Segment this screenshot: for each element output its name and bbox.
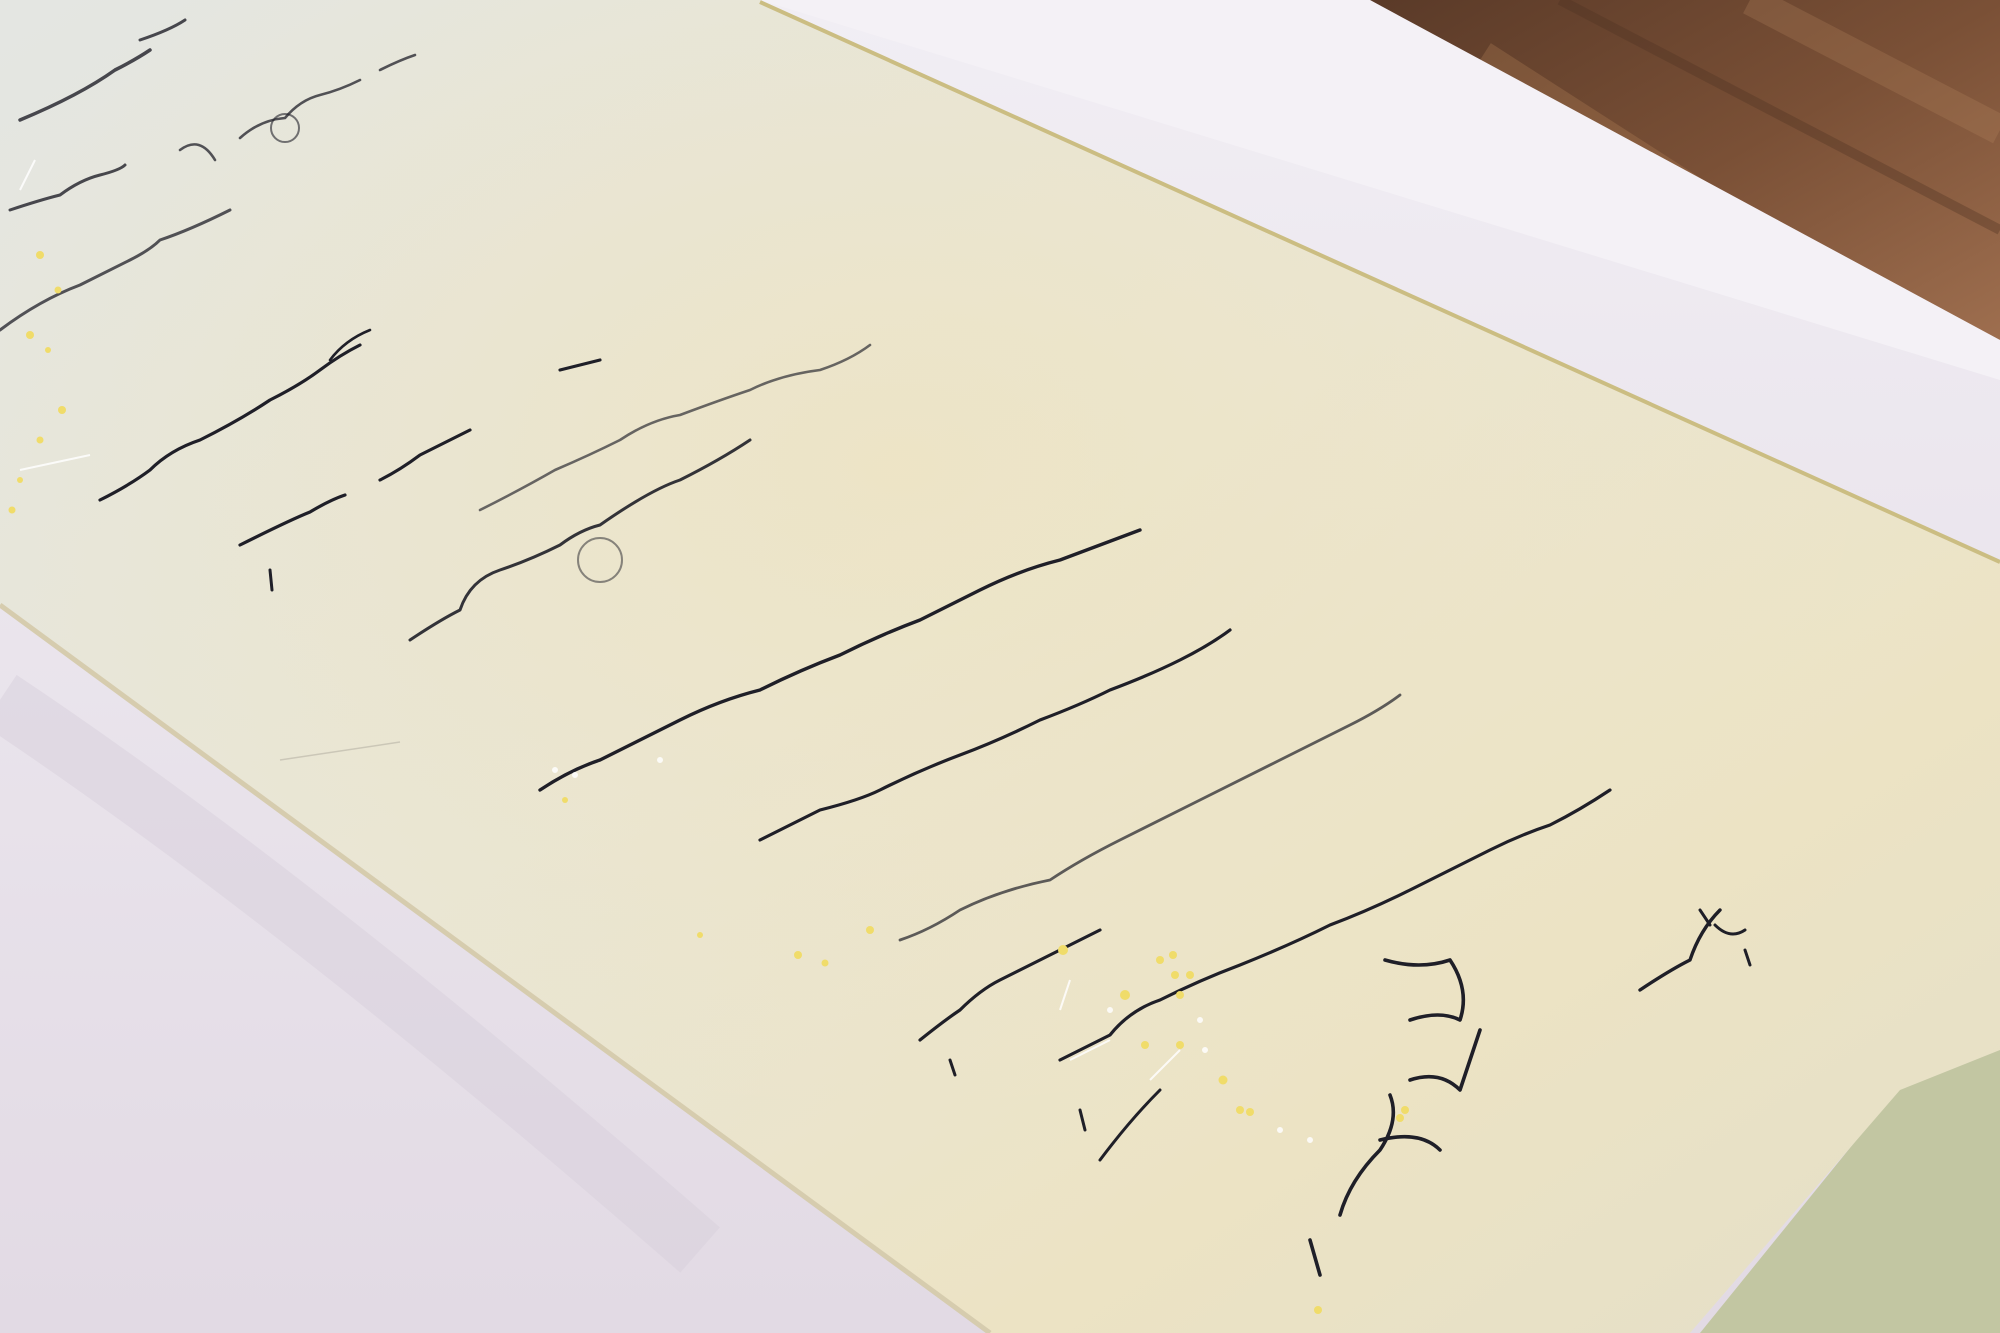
scene-illustration — [0, 0, 2000, 1333]
photo-scene: Japanese kana calligraphy scroll with go… — [0, 0, 2000, 1333]
